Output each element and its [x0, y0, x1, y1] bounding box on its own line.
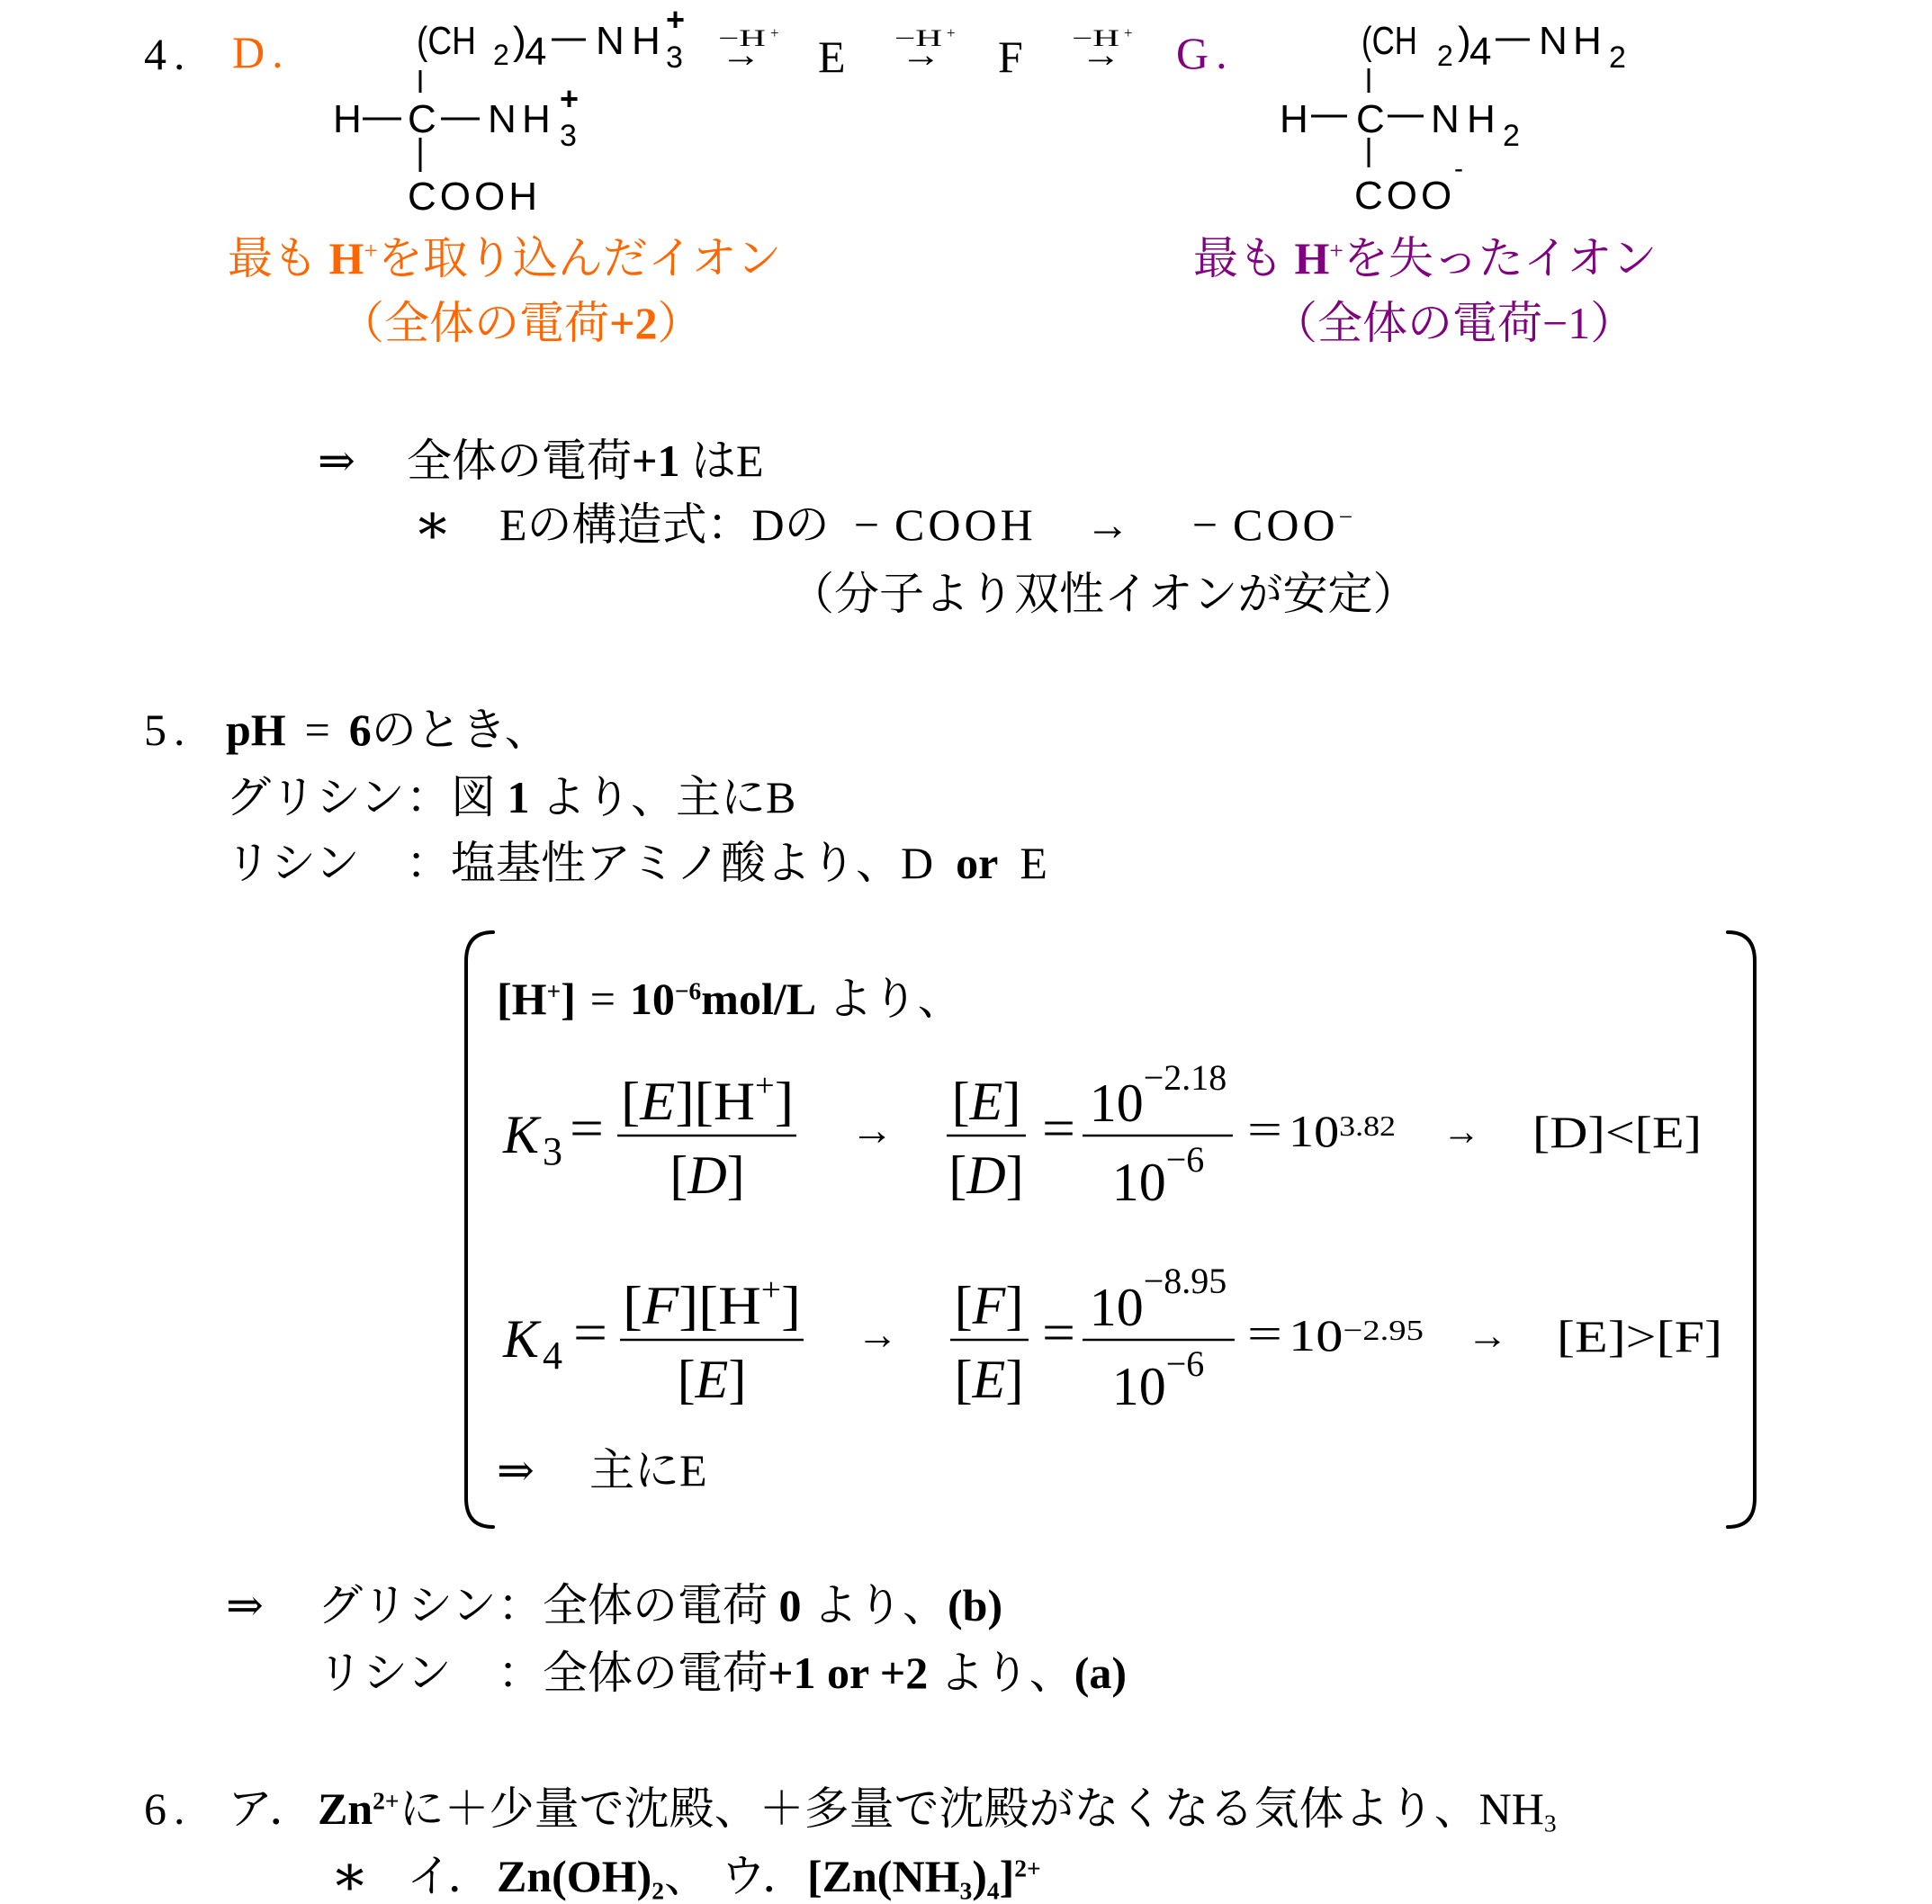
formula: ] [1000, 1851, 1015, 1901]
amino-acid-name: グリシン [226, 769, 406, 825]
answer-sheet-page: (CH 2 ) 4 N H 3 + H C N H 3 + COOH −H + [0, 0, 1932, 1904]
power-exponent: −6 [1166, 1139, 1205, 1180]
formula-subscript: 3 [959, 1876, 972, 1904]
caption-text: を失ったイオン [1343, 233, 1658, 283]
value-numerator: 10−2.18 [1090, 1057, 1227, 1133]
bracket-open: [ [678, 1350, 696, 1409]
functional-group: COOH [894, 499, 1037, 550]
right-arrow-icon: → [1442, 1109, 1480, 1154]
species-g-caption: 最も H+を失ったイオン [1193, 230, 1657, 286]
charge-label: （全体の電荷 [1272, 298, 1542, 348]
section-5-number: 5. [144, 702, 193, 758]
formula-subscript: 2 [651, 1876, 664, 1904]
structure-g: (CH 2 ) 4 N H 2 H C N H 2 COO - [1280, 19, 1626, 218]
comparison-right: [E] [1635, 1107, 1702, 1157]
k4-numerator: [F][H+] [623, 1271, 801, 1335]
power-exponent: −2.18 [1144, 1057, 1227, 1098]
species-var: E [639, 1072, 675, 1131]
bracket-close: ] [1005, 1350, 1023, 1409]
note-reason: （分子より双性イオンが安定） [789, 566, 1418, 622]
k3-index: 3 [543, 1129, 562, 1173]
lysine-line: リシン：塩基性アミノ酸より、D or E [226, 835, 1047, 891]
box-conclusion: 主にE [589, 1442, 707, 1498]
part-u-label: ウ． [721, 1848, 807, 1904]
k4-symbol: K [502, 1309, 542, 1369]
part-i-answer: Zn(OH)2、 [497, 1848, 709, 1904]
species-var: D [687, 1145, 726, 1205]
equals-sign: = [286, 702, 349, 758]
species-e-label: E [818, 29, 846, 85]
asterisk-icon: ∗ [330, 1848, 370, 1904]
formula-subscript: 4 [987, 1876, 1000, 1904]
bracket-close: ] [1006, 1145, 1024, 1205]
alpha-h-count: 3 [560, 119, 577, 153]
separator: 、 [664, 1851, 709, 1901]
section-4-number: 4. [144, 26, 193, 82]
line-text: に＋少量で沈殿、＋多量で沈殿がなくなる気体より、 [400, 1783, 1479, 1834]
ratio-numerator: [E] [952, 1072, 1021, 1131]
right-arrow-icon: → [901, 34, 941, 75]
colon: ： [406, 838, 451, 888]
charge-value: +1 [632, 436, 680, 486]
reaction-step-1: −H + → [718, 24, 779, 75]
k4-equation: K 4 = [F][H+] [E] → [F] [E] = 10−8.95 10… [502, 1261, 1722, 1416]
power-base: 10 [1112, 1153, 1166, 1212]
condition-text: のとき、 [372, 705, 550, 755]
ratio-denominator: [D] [948, 1145, 1023, 1205]
charge-value: −1 [1542, 298, 1590, 348]
amino-acid-name: リシン [318, 1645, 498, 1701]
k4-denominator: [E] [678, 1350, 747, 1409]
answer-choice: (a) [1074, 1648, 1127, 1698]
group-charge: − [1339, 503, 1353, 531]
side-chain-subscript-4: 4 [525, 30, 546, 74]
colon: ： [406, 772, 451, 822]
side-chain-h: H [632, 19, 660, 63]
ratio-result: 10−2.95 [1289, 1310, 1424, 1361]
note-from-group: −COOH [839, 497, 1037, 552]
part-i-label: イ． [407, 1848, 493, 1904]
comparison-right: [F] [1657, 1311, 1722, 1361]
alpha-carbon: C [408, 97, 436, 141]
line-text: より、 [802, 1580, 948, 1630]
formula: ) [972, 1851, 987, 1901]
proton-charge: + [1329, 237, 1343, 265]
power-base: 10 [1289, 1106, 1339, 1156]
line-text: より、 [816, 974, 963, 1024]
k3-equation: K 3 = [E][H+] [D] → [E] [D] = 10−2.18 10… [502, 1057, 1702, 1212]
bracket-close: ] [728, 1350, 746, 1409]
minus-sign: − [1177, 497, 1233, 552]
part-a-answer: Zn2+に＋少量で沈殿、＋多量で沈殿がなくなる気体より、NH3 [318, 1781, 1557, 1837]
answer-choice: (b) [948, 1580, 1002, 1630]
proton-symbol: H [329, 233, 364, 283]
power-base: 10 [1090, 1073, 1144, 1133]
right-arrow-icon: → [1467, 1314, 1508, 1358]
answer-species: E [736, 436, 764, 486]
hydrogen-ion-concentration: [H+]=10−6mol/L より、 [497, 971, 963, 1027]
charge-value: +1 or +2 [768, 1648, 928, 1698]
bracket-mid: ][H [678, 1276, 761, 1335]
right-arrow-icon: → [857, 1311, 898, 1359]
bracket-close: ] [727, 1145, 745, 1205]
bracket-mid: ][H [675, 1072, 755, 1131]
bracket-left [466, 932, 493, 1527]
implies-arrow-icon: ⇒ [318, 433, 355, 489]
ratio-result: 103.82 [1289, 1106, 1396, 1156]
step-label-sup: + [947, 24, 956, 41]
ph-label: pH [226, 705, 286, 755]
proton-charge: + [364, 237, 378, 265]
bracket-right [1728, 932, 1755, 1527]
equals-sign: = [1042, 1303, 1075, 1362]
bracket-close: ] [1002, 1072, 1020, 1131]
bracket-open: [ [955, 1350, 973, 1409]
comparison-left: [E] [1557, 1311, 1626, 1361]
charge-value: 0 [779, 1580, 802, 1630]
power-base: 10 [630, 974, 675, 1024]
concentration-comparison: [D]<[E] [1532, 1107, 1702, 1157]
figure-number: 1 [496, 772, 541, 822]
side-chain-subscript-2: 2 [1437, 40, 1453, 72]
alpha-amino-h: H [1467, 97, 1496, 141]
ion-charge: 2+ [373, 1787, 399, 1815]
section-4-conclusion: 全体の電荷+1 はE [407, 433, 764, 489]
bracket-close: ] [775, 1072, 794, 1131]
conclusion-text: は [680, 436, 737, 486]
power-base: 10 [1090, 1278, 1144, 1337]
bracket-open: [ [623, 1276, 643, 1335]
equals-sign: = [576, 971, 630, 1027]
side-chain-h: H [1573, 19, 1602, 63]
species-var: E [695, 1350, 729, 1409]
side-chain-open: (CH [1361, 19, 1417, 63]
glycine-line: グリシン：図 1 より、主にB [226, 769, 795, 825]
line-text: 塩基性アミノ酸より、 [451, 838, 901, 888]
comparison-operator: > [1626, 1311, 1657, 1361]
side-chain-open: (CH [417, 19, 476, 63]
side-chain-n: N [1539, 19, 1568, 63]
bracket-close: ] [781, 1276, 801, 1335]
species-var: F [642, 1276, 680, 1335]
power-base: 10 [1112, 1357, 1166, 1416]
functional-group: COO [1233, 499, 1339, 550]
reaction-step-3: −H + → [1072, 24, 1133, 75]
species-g-total-charge: （全体の電荷−1） [1272, 295, 1635, 351]
conclusion-text: 主に [589, 1445, 679, 1495]
carboxyl-group: COO [1354, 174, 1455, 218]
bracket-open: [ [952, 1072, 970, 1131]
equals-sign: = [1247, 1104, 1282, 1154]
right-arrow-icon: → [721, 34, 761, 75]
charge-sup: + [755, 1067, 775, 1103]
unit: mol/L [701, 974, 816, 1024]
bracket-open: [ [669, 1145, 687, 1205]
alpha-h: H [333, 97, 362, 141]
equals-sign: = [1042, 1099, 1075, 1158]
k4-index: 4 [543, 1334, 562, 1378]
species-var: F [972, 1276, 1007, 1335]
k3-numerator: [E][H+] [621, 1067, 794, 1131]
line-text: より、主に [541, 772, 766, 822]
power-exponent: −6 [675, 977, 701, 1005]
ratio-numerator: [F] [955, 1276, 1024, 1335]
formula: [Zn(NH [807, 1851, 959, 1901]
equals-sign: = [570, 1099, 604, 1158]
answer-species: E [1020, 838, 1047, 888]
answer-species: D [901, 838, 933, 888]
comparison-left: [D] [1532, 1107, 1605, 1157]
species-f-label: F [998, 29, 1023, 85]
charge-label: （全体の電荷 [339, 298, 609, 348]
charge-label-close: ） [658, 298, 703, 348]
side-chain-h-count: 3 [666, 40, 683, 75]
side-chain-n: N [596, 19, 625, 63]
power-exponent: −8.95 [1144, 1261, 1227, 1301]
right-arrow-icon: → [850, 1107, 894, 1154]
power-exponent: −6 [1166, 1343, 1205, 1384]
answer-species: B [766, 772, 795, 822]
alpha-amino-h: H [522, 97, 551, 141]
line-text: 図 [451, 772, 496, 822]
alpha-carbon: C [1356, 97, 1385, 141]
glycine-result: グリシン：全体の電荷 0 より、(b) [318, 1577, 1002, 1633]
bracket-open: [ [948, 1145, 966, 1205]
power-base: 10 [1289, 1310, 1343, 1361]
alpha-charge: + [560, 80, 579, 117]
side-chain-subscript-2: 2 [493, 39, 509, 71]
k3-symbol: K [502, 1105, 542, 1164]
conc-open: [H [497, 974, 547, 1024]
conc-close: ] [561, 974, 576, 1024]
right-arrow-icon: → [1081, 34, 1121, 75]
side-chain-subscript-4: 4 [1469, 30, 1491, 74]
colon: ： [498, 1580, 543, 1630]
right-arrow-icon: → [1085, 497, 1130, 552]
reaction-step-2: −H + → [894, 24, 956, 75]
charge-label-close: ） [1590, 298, 1635, 348]
step-label-sup: + [1124, 24, 1133, 41]
species-g-label: G. [1176, 25, 1235, 81]
power-exponent: −2.95 [1343, 1314, 1424, 1346]
alpha-h-count: 2 [1503, 119, 1520, 153]
species-var: D [966, 1145, 1005, 1205]
ph-value: 6 [349, 705, 372, 755]
species-d-total-charge: （全体の電荷+2） [339, 295, 703, 351]
complex-charge: 2+ [1014, 1855, 1040, 1882]
value-denominator: 10−6 [1112, 1139, 1205, 1212]
caption-text: 最も [228, 233, 329, 283]
ion-symbol: Zn [318, 1783, 373, 1834]
asterisk-icon: ∗ [413, 497, 453, 552]
structure-d: (CH 2 ) 4 N H 3 + H C N H 3 + COOH [333, 1, 685, 219]
alpha-h: H [1280, 97, 1308, 141]
answer-species: E [679, 1445, 707, 1495]
or-word: or [933, 838, 1020, 888]
implies-arrow-icon: ⇒ [226, 1577, 264, 1633]
side-chain-charge: + [666, 1, 685, 38]
value-denominator: 10−6 [1112, 1343, 1205, 1416]
bracket-open: [ [621, 1072, 640, 1131]
carboxyl-group: COOH [408, 175, 541, 219]
caption-text: を取り込んだイオン [378, 233, 782, 283]
amino-acid-name: グリシン [318, 1577, 498, 1633]
gas-subscript: 3 [1544, 1809, 1557, 1837]
line-text: 全体の電荷 [543, 1648, 768, 1698]
line-text: 全体の電荷 [543, 1580, 779, 1630]
k3-denominator: [D] [669, 1145, 744, 1205]
comparison-operator: < [1605, 1107, 1635, 1157]
part-u-answer: [Zn(NH3)4]2+ [807, 1848, 1041, 1904]
amino-acid-name: リシン [226, 835, 406, 891]
species-d-label: D. [232, 24, 291, 80]
caption-text: 最も [1193, 233, 1295, 283]
bracket-open: [ [955, 1276, 973, 1335]
value-numerator: 10−8.95 [1090, 1261, 1227, 1337]
side-chain-h-count: 2 [1609, 40, 1626, 75]
conclusion-text: 全体の電荷 [407, 436, 632, 486]
note-text: Eの構造式：Dの [499, 497, 830, 552]
ratio-denominator: [E] [955, 1350, 1024, 1409]
ph-condition: pH=6のとき、 [226, 702, 550, 758]
conc-charge: + [547, 977, 562, 1005]
colon: ： [498, 1648, 543, 1698]
minus-sign: − [839, 497, 894, 552]
alpha-n: N [1431, 97, 1460, 141]
gas-formula: NH [1479, 1783, 1544, 1834]
species-var: E [972, 1350, 1006, 1409]
equals-sign: = [573, 1303, 607, 1362]
implies-arrow-icon: ⇒ [497, 1442, 535, 1498]
bracket-close: ] [1005, 1276, 1023, 1335]
species-d-caption: 最も H+を取り込んだイオン [228, 230, 781, 286]
line-text: より、 [928, 1648, 1074, 1698]
step-label-sup: + [770, 24, 779, 41]
equals-sign: = [1247, 1308, 1282, 1359]
charge-value: +2 [609, 298, 658, 348]
concentration-comparison: [E]>[F] [1557, 1311, 1722, 1361]
note-to-group: −COO− [1177, 497, 1352, 552]
alpha-n: N [488, 97, 517, 141]
species-var: E [969, 1072, 1003, 1131]
proton-symbol: H [1295, 233, 1330, 283]
part-a-label: ア． [228, 1781, 314, 1837]
lysine-result: リシン：全体の電荷+1 or +2 より、(a) [318, 1645, 1127, 1701]
charge-sup: + [761, 1271, 781, 1307]
carboxyl-charge: - [1454, 154, 1463, 184]
power-exponent: 3.82 [1339, 1109, 1396, 1142]
formula: Zn(OH) [497, 1851, 651, 1901]
section-6-number: 6. [144, 1781, 193, 1837]
